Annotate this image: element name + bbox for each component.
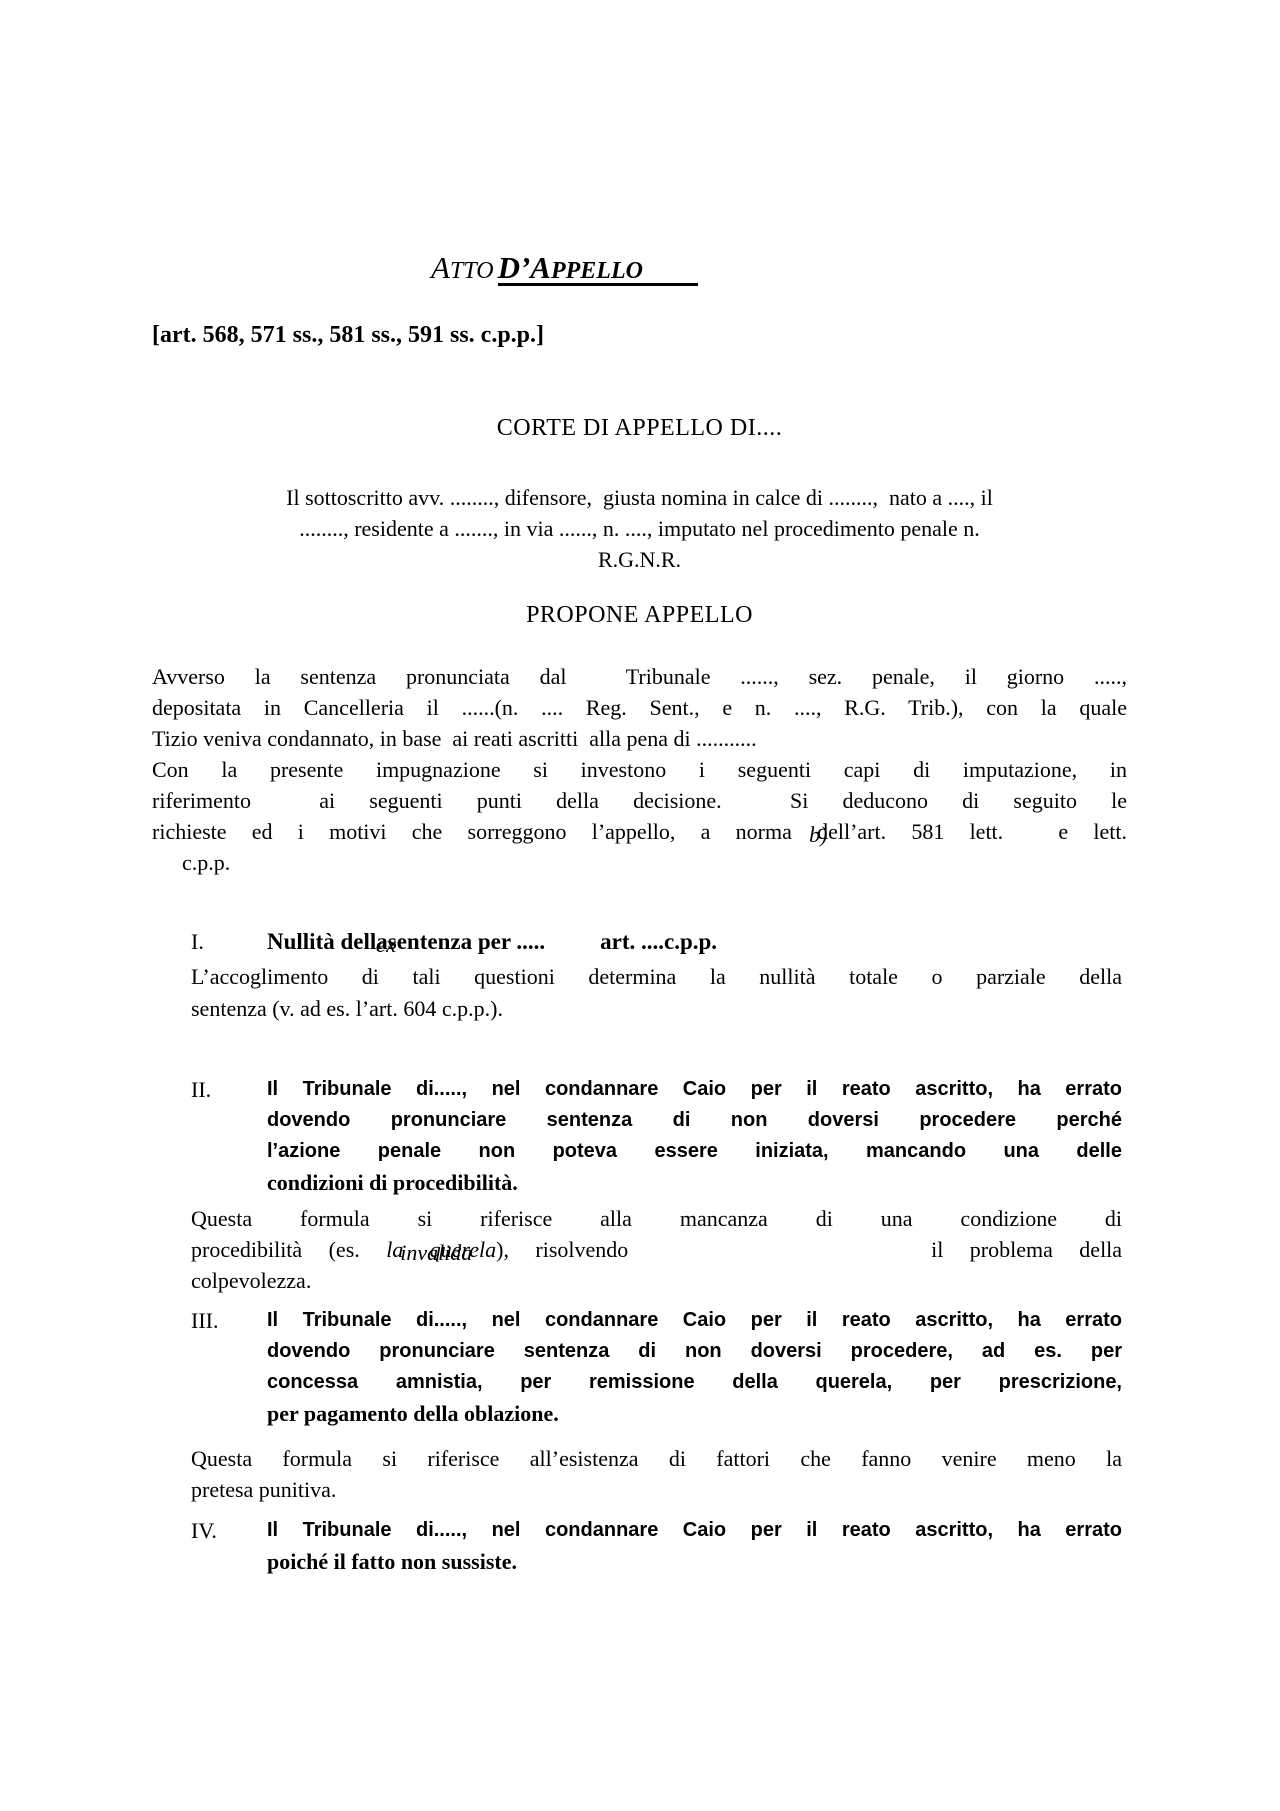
heading-line: Il Tribunale di....., nel condannare Cai… <box>267 1074 1122 1105</box>
title-word-appello-underlined: D’APPELLO <box>498 265 698 286</box>
paragraph: Questa formula si riferisce alla mancanz… <box>191 1203 1122 1296</box>
heading-pre: Nullità della <box>267 929 388 954</box>
item-numeral: I. <box>191 926 204 957</box>
list-item-3: III. Il Tribunale di....., nel condannar… <box>152 1305 1127 1429</box>
heading-line: concessa amnistia, per remissione della … <box>267 1367 1122 1398</box>
court-heading: CORTE DI APPELLO DI.... <box>152 415 1127 442</box>
body-line-mid: ), risolvendo <box>496 1237 628 1262</box>
body-line: L’accoglimento di tali questioni determi… <box>191 961 1122 993</box>
list-item-2: II. Il Tribunale di....., nel condannare… <box>152 1074 1127 1198</box>
body-line: Tizio veniva condannato, in base ai reat… <box>152 723 1127 754</box>
body-line: Con la presente impugnazione si investon… <box>152 754 1127 785</box>
overlap-wrap: exsentenza per ..... <box>388 929 545 954</box>
intro-line: ........, residente a ......., in via ..… <box>152 513 1127 544</box>
propone-heading: PROPONE APPELLO <box>152 602 1127 629</box>
article-reference: [art. 568, 571 ss., 581 ss., 591 ss. c.p… <box>152 322 1127 349</box>
document-title: ATTO D’APPELLO <box>152 250 1127 286</box>
heading-line: dovendo pronunciare sentenza di non dove… <box>267 1336 1122 1367</box>
body-line: pretesa punitiva. <box>191 1474 1122 1505</box>
appeal-body-paragraph: Avverso la sentenza pronunciata dal Trib… <box>152 661 1127 878</box>
item-1-heading: Nullità dellaexsentenza per .....art. ..… <box>267 926 1122 957</box>
item-2-heading: Il Tribunale di....., nel condannare Cai… <box>267 1074 1122 1198</box>
body-line: colpevolezza. <box>191 1265 1122 1296</box>
heading-line: l’azione penale non poteva essere inizia… <box>267 1136 1122 1167</box>
heading-line: Il Tribunale di....., nel condannare Cai… <box>267 1515 1122 1546</box>
heading-end: art. ....c.p.p. <box>600 929 717 954</box>
intro-paragraph: Il sottoscritto avv. ........, difensore… <box>152 482 1127 575</box>
paragraph: Questa formula si riferisce all’esistenz… <box>191 1443 1122 1505</box>
item-3-heading: Il Tribunale di....., nel condannare Cai… <box>267 1305 1122 1429</box>
item-numeral: II. <box>191 1074 211 1105</box>
item-1-body: L’accoglimento di tali questioni determi… <box>152 961 1127 1025</box>
heading-line-serif: poiché il fatto non sussiste. <box>267 1546 1122 1577</box>
overlap-word-invalida: invalida <box>400 1237 472 1268</box>
body-line-post: dell’art. 581 lett. <box>817 819 1003 844</box>
item-3-body: Questa formula si riferisce all’esistenz… <box>152 1443 1127 1505</box>
body-line-pre: richieste ed i motivi che sorreggono l’a… <box>152 819 792 844</box>
heading-mid: sentenza per ..... <box>388 929 545 954</box>
body-line: Questa formula si riferisce alla mancanz… <box>191 1203 1122 1234</box>
body-line: riferimento ai seguenti punti della deci… <box>152 785 1127 816</box>
body-line-end: e lett. <box>1058 819 1127 844</box>
paragraph: L’accoglimento di tali questioni determi… <box>191 961 1122 1025</box>
intro-line: Il sottoscritto avv. ........, difensore… <box>152 482 1127 513</box>
item-numeral: IV. <box>191 1515 217 1546</box>
item-4-heading: Il Tribunale di....., nel condannare Cai… <box>267 1515 1122 1577</box>
body-line: sentenza (v. ad es. l’art. 604 c.p.p.). <box>191 993 1122 1025</box>
document-page: ATTO D’APPELLO [art. 568, 571 ss., 581 s… <box>0 0 1280 1811</box>
overlap-wrap: b)dell’art. 581 lett. <box>817 819 1003 844</box>
heading-line: dovendo pronunciare sentenza di non dove… <box>267 1105 1122 1136</box>
overlap-letter-b: b) <box>809 819 827 850</box>
body-line-end: il problema della <box>931 1237 1122 1262</box>
list-item-1: I. Nullità dellaexsentenza per .....art.… <box>152 926 1127 957</box>
item-2-body: Questa formula si riferisce alla mancanz… <box>152 1203 1127 1296</box>
intro-line: R.G.N.R. <box>152 544 1127 575</box>
body-line-with-overlap: richieste ed i motivi che sorreggono l’a… <box>152 816 1127 847</box>
body-line-pre: procedibilità (es. <box>191 1237 360 1262</box>
body-line: c.p.p. <box>152 847 1127 878</box>
heading-line-serif: per pagamento della oblazione. <box>267 1398 1122 1429</box>
list-item-4: IV. Il Tribunale di....., nel condannare… <box>152 1515 1127 1577</box>
title-word-atto: ATTO <box>431 265 494 282</box>
overlap-word-ex: ex <box>376 929 396 960</box>
overlap-wrap: invalidala querela <box>386 1237 496 1262</box>
body-line: depositata in Cancelleria il ......(n. .… <box>152 692 1127 723</box>
body-line: Avverso la sentenza pronunciata dal Trib… <box>152 661 1127 692</box>
heading-line: Il Tribunale di....., nel condannare Cai… <box>267 1305 1122 1336</box>
heading-line-serif: condizioni di procedibilità. <box>267 1167 1122 1198</box>
item-numeral: III. <box>191 1305 218 1336</box>
body-line: Questa formula si riferisce all’esistenz… <box>191 1443 1122 1474</box>
body-line-with-overlap: procedibilità (es. invalidala querela), … <box>191 1234 1122 1265</box>
